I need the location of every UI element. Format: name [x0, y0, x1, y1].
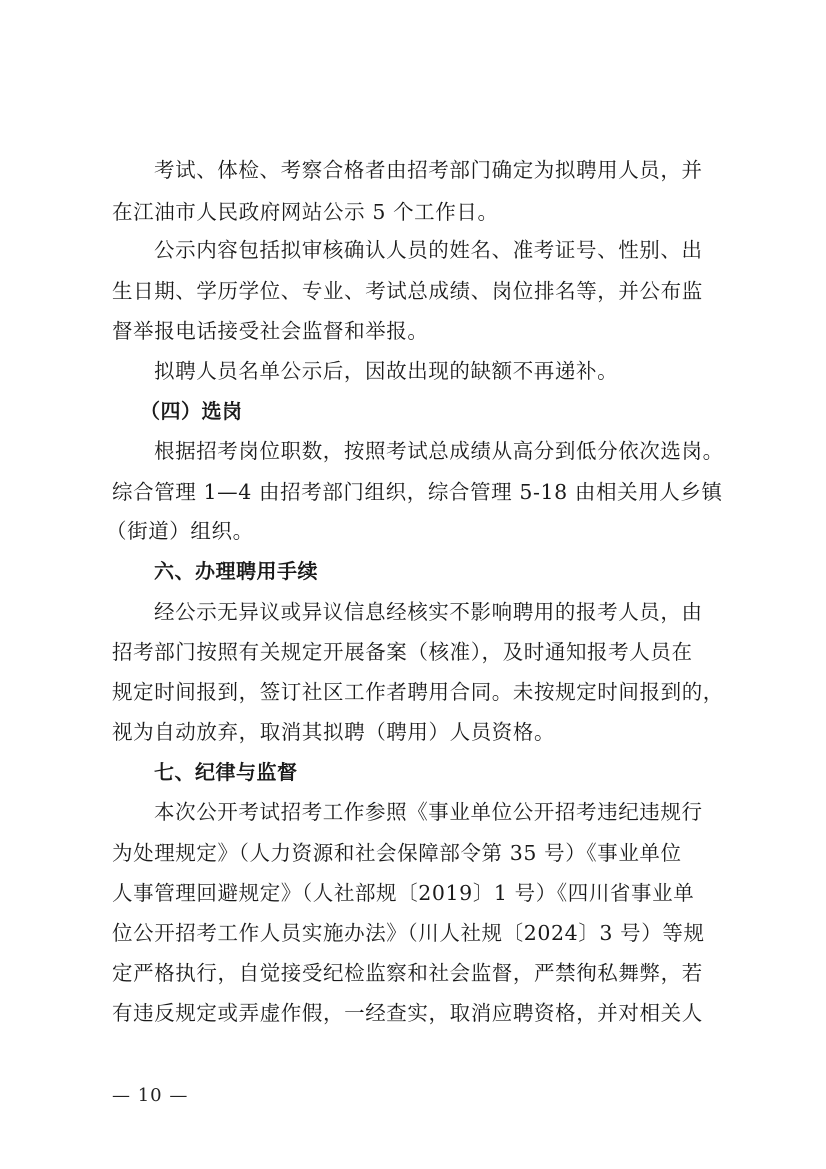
paragraph-line: （街道）组织。: [106, 521, 746, 542]
paragraph-line: 视为自动放弃，取消其拟聘（聘用）人员资格。: [112, 722, 752, 743]
paragraph-line: 拟聘人员名单公示后，因故出现的缺额不再递补。: [154, 361, 794, 382]
paragraph-line: 招考部门按照有关规定开展备案（核准），及时通知报考人员在: [112, 642, 752, 663]
paragraph-line: 督举报电话接受社会监督和举报。: [112, 321, 752, 342]
paragraph-line: 根据招考岗位职数，按照考试总成绩从高分到低分依次选岗。: [154, 441, 794, 462]
paragraph-line: 有违反规定或弄虚作假，一经查实，取消应聘资格，并对相关人: [112, 1003, 752, 1024]
paragraph-line: 位公开招考工作人员实施办法》（川人社规〔2024〕3 号）等规: [112, 923, 752, 944]
document-page: 考试、体检、考察合格者由招考部门确定为拟聘用人员，并 在江油市人民政府网站公示 …: [0, 0, 826, 1169]
section-heading-employment-procedures: 六、办理聘用手续: [154, 561, 794, 581]
paragraph-line: 本次公开考试招考工作参照《事业单位公开招考违纪违规行: [154, 802, 794, 823]
paragraph-line: 生日期、学历学位、专业、考试总成绩、岗位排名等，并公布监: [112, 281, 752, 302]
paragraph-line: 在江油市人民政府网站公示 5 个工作日。: [112, 202, 752, 223]
paragraph-line: 人事管理回避规定》（人社部规〔2019〕1 号）《四川省事业单: [112, 883, 752, 904]
section-heading-discipline-supervision: 七、纪律与监督: [154, 762, 794, 782]
page-number: — 10 —: [112, 1087, 188, 1105]
paragraph-line: 考试、体检、考察合格者由招考部门确定为拟聘用人员，并: [154, 160, 794, 181]
paragraph-line: 规定时间报到，签订社区工作者聘用合同。未按规定时间报到的，: [112, 682, 752, 703]
paragraph-line: 综合管理 1—4 由招考部门组织，综合管理 5-18 由相关用人乡镇: [112, 482, 752, 503]
paragraph-line: 为处理规定》（人力资源和社会保障部令第 35 号）《事业单位: [112, 843, 752, 864]
section-heading-select-post: （四）选岗: [140, 401, 780, 421]
paragraph-line: 定严格执行，自觉接受纪检监察和社会监督，严禁徇私舞弊，若: [112, 963, 752, 984]
paragraph-line: 经公示无异议或异议信息经核实不影响聘用的报考人员，由: [154, 602, 794, 623]
paragraph-line: 公示内容包括拟审核确认人员的姓名、准考证号、性别、出: [154, 240, 794, 261]
